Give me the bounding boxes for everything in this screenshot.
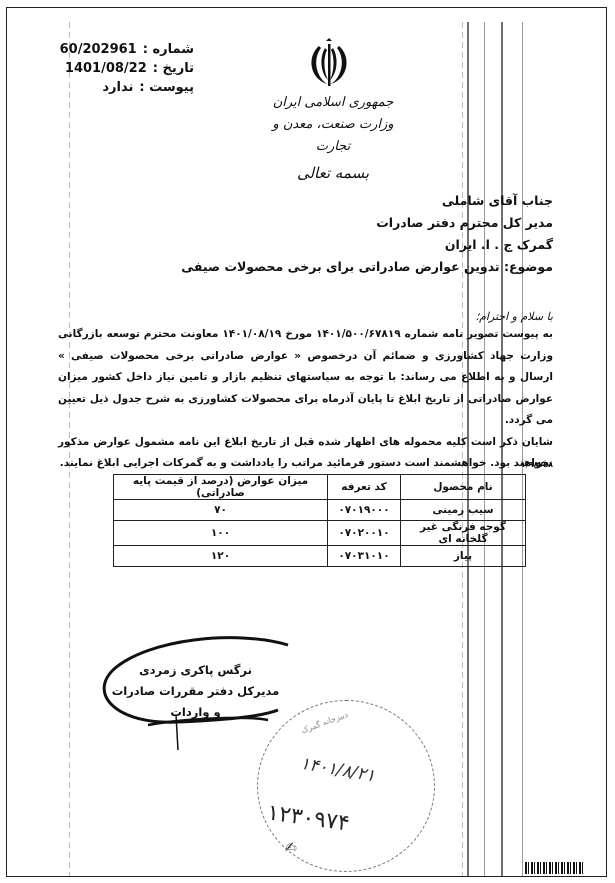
tariff-table: نام محصول کد تعرفه میزان عوارض (درصد از …	[113, 474, 526, 567]
attachment-row: ندارد پیوست :	[44, 78, 194, 97]
tariff-code: ۰۷۰۱۹۰۰۰	[328, 500, 401, 521]
attachment-value: ندارد	[102, 78, 133, 97]
recipient-name: جناب آقای شاملی	[181, 190, 553, 212]
signatory-name: نرگس پاکری زمردی	[108, 660, 283, 681]
invocation: بسمه تعالی	[258, 162, 408, 184]
product-name: پیاز	[401, 546, 526, 567]
signature-block: نرگس پاکری زمردی مدیرکل دفتر مقررات صادر…	[108, 660, 283, 723]
barcode-icon	[525, 862, 585, 874]
recipient-block: جناب آقای شاملی مدیر کل محترم دفتر صادرا…	[181, 190, 553, 278]
table-row: سیب زمینی ۰۷۰۱۹۰۰۰ ۷۰	[114, 500, 526, 521]
stamp-initial-icon: ✍	[285, 840, 297, 856]
ministry-name: وزارت صنعت، معدن و تجارت	[258, 114, 408, 158]
product-name: گوجه فرنگی غیر گلخانه ای	[401, 521, 526, 546]
letter-date: 1401/08/22	[65, 59, 147, 78]
signatory-position: مدیرکل دفتر مقررات صادرات و واردات	[108, 681, 283, 723]
letter-date-row: 1401/08/22 تاریخ :	[44, 59, 194, 78]
duty-rate: ۱۰۰	[114, 521, 328, 546]
attachment-label: پیوست :	[139, 78, 194, 97]
table-header-row: نام محصول کد تعرفه میزان عوارض (درصد از …	[114, 475, 526, 500]
header-rate: میزان عوارض (درصد از قیمت پایه صادراتی)	[114, 475, 328, 500]
body-paragraph-1: به پیوست تصویر نامه شماره ۱۴۰۱/۵۰۰/۶۷۸۱۹…	[58, 324, 553, 432]
product-name: سیب زمینی	[401, 500, 526, 521]
subject-line: موضوع: تدوین عوارض صادراتی برای برخی محص…	[181, 256, 553, 278]
letter-meta: 60/202961 شماره : 1401/08/22 تاریخ : ندا…	[44, 40, 194, 97]
header-product: نام محصول	[401, 475, 526, 500]
letter-number-row: 60/202961 شماره :	[44, 40, 194, 59]
body-paragraph-2: شایان ذکر است کلیه محموله های اظهار شده …	[58, 432, 553, 475]
letter-date-label: تاریخ :	[153, 59, 194, 78]
iran-emblem-icon	[305, 34, 353, 90]
reference-number: ۱/۹۸۷۵۸	[521, 460, 553, 469]
tariff-code: ۰۷۰۲۰۰۱۰	[328, 521, 401, 546]
header-code: کد تعرفه	[328, 475, 401, 500]
duty-rate: ۷۰	[114, 500, 328, 521]
tariff-code: ۰۷۰۳۱۰۱۰	[328, 546, 401, 567]
letter-body: به پیوست تصویر نامه شماره ۱۴۰۱/۵۰۰/۶۷۸۱۹…	[58, 324, 553, 475]
letter-number: 60/202961	[60, 40, 137, 59]
table-row: پیاز ۰۷۰۳۱۰۱۰ ۱۲۰	[114, 546, 526, 567]
letter-number-label: شماره :	[143, 40, 194, 59]
recipient-title: مدیر کل محترم دفتر صادرات	[181, 212, 553, 234]
recipient-organization: گمرک ج . ا. ایران	[181, 234, 553, 256]
country-name: جمهوری اسلامی ایران	[258, 92, 408, 114]
greeting: با سلام و احترام؛	[476, 310, 553, 323]
received-stamp	[257, 700, 435, 872]
duty-rate: ۱۲۰	[114, 546, 328, 567]
letterhead: جمهوری اسلامی ایران وزارت صنعت، معدن و ت…	[258, 92, 408, 184]
table-row: گوجه فرنگی غیر گلخانه ای ۰۷۰۲۰۰۱۰ ۱۰۰	[114, 521, 526, 546]
